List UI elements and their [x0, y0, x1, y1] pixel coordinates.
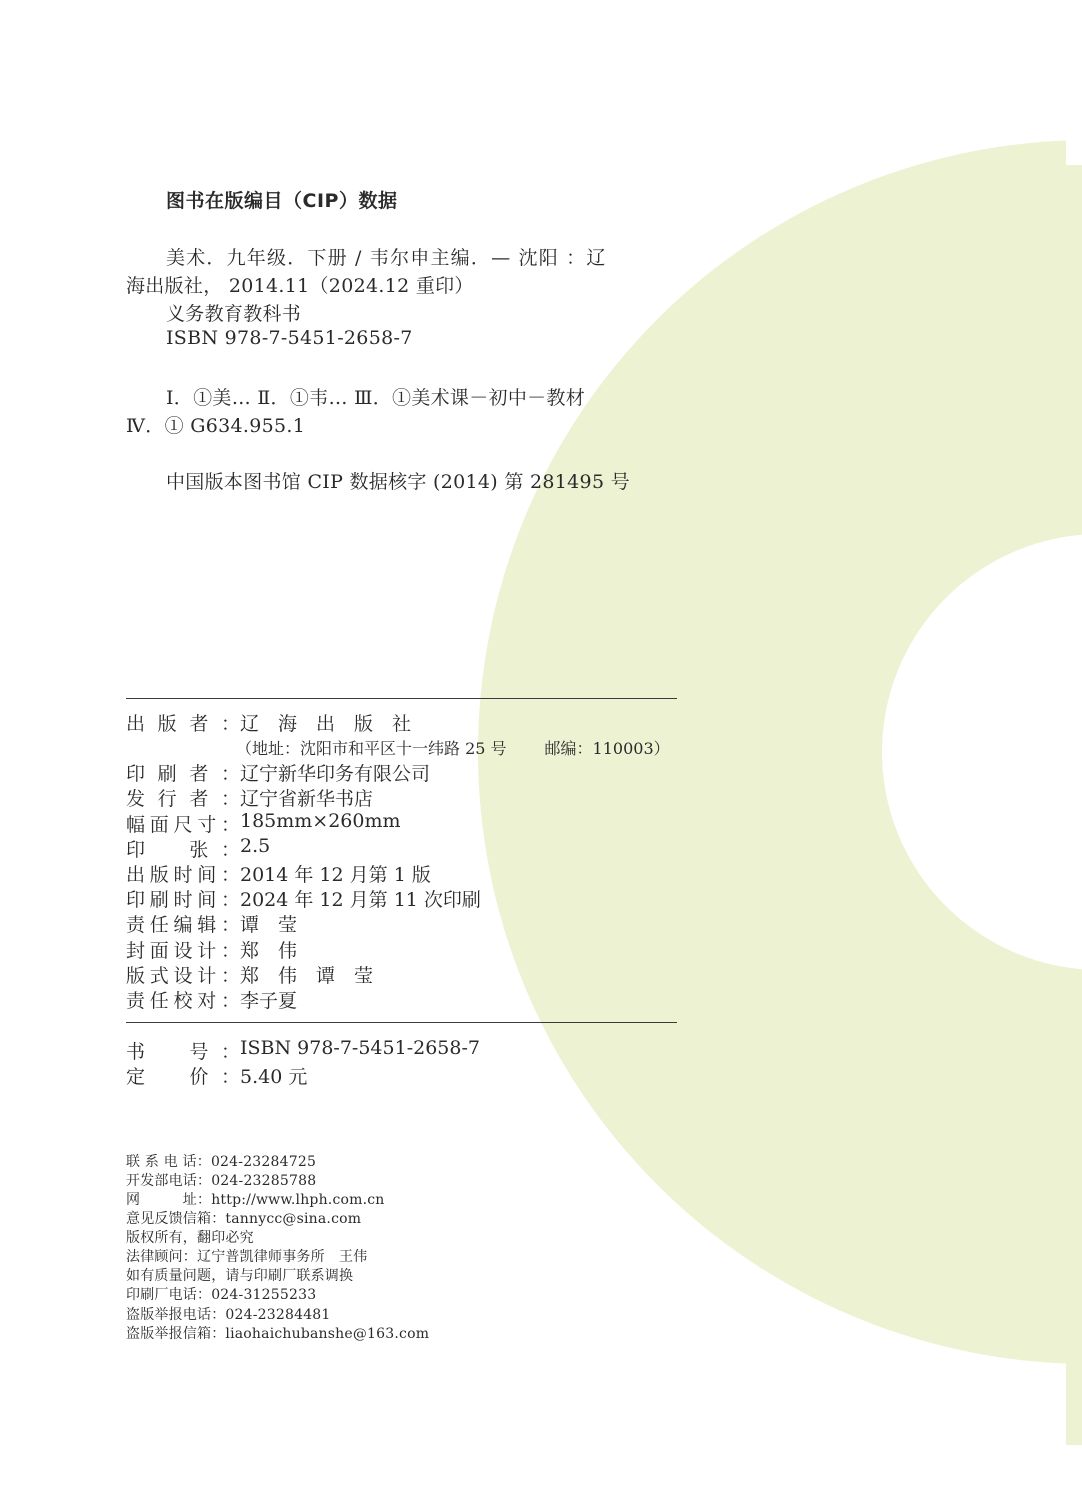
divider	[126, 698, 677, 699]
info-label: 幅面尺寸：	[126, 810, 240, 837]
info-row-print-date: 印刷时间： 2024 年 12 月第 11 次印刷	[126, 885, 481, 912]
info-label: 印刷者：	[126, 759, 240, 786]
cip-isbn: ISBN 978-7-5451-2658-7	[166, 327, 413, 349]
info-label: 版式设计：	[126, 961, 240, 988]
info-row-publisher: 出版者： 辽 海 出 版 社	[126, 709, 411, 736]
cip-line: 海出版社， 2014.11（2024.12 重印）	[126, 271, 474, 298]
info-label: 出版者：	[126, 709, 240, 736]
info-row-price: 定 价： 5.40 元	[126, 1062, 307, 1089]
info-label: 发行者：	[126, 784, 240, 811]
info-value: 2024 年 12 月第 11 次印刷	[240, 885, 481, 912]
legal-counsel: 法律顾问：辽宁普凯律师事务所 王伟	[126, 1246, 367, 1266]
info-row-cover-design: 封面设计： 郑 伟	[126, 936, 297, 963]
publisher-address: （地址：沈阳市和平区十一纬路 25 号邮编：110003）	[236, 736, 670, 759]
info-label: 印刷时间：	[126, 885, 240, 912]
copyright-page: 图书在版编目（CIP）数据 美术．九年级．下册 / 韦尔申主编．— 沈阳 ：辽 …	[0, 0, 1082, 1508]
info-value: ISBN 978-7-5451-2658-7	[240, 1037, 480, 1064]
info-label: 印 张：	[126, 835, 240, 862]
info-value: 郑 伟	[240, 936, 297, 963]
info-value: 郑 伟 谭 莹	[240, 961, 373, 988]
info-label: 责任编辑：	[126, 910, 240, 937]
info-row-sheets: 印 张： 2.5	[126, 835, 270, 862]
info-value: 谭 莹	[240, 910, 297, 937]
contact-phone: 联 系 电 话：024-23284725	[126, 1151, 316, 1171]
piracy-report-phone: 盗版举报电话：024-23284481	[126, 1304, 331, 1324]
info-value: 185mm×260mm	[240, 810, 401, 837]
info-row-layout-design: 版式设计： 郑 伟 谭 莹	[126, 961, 373, 988]
info-label: 书 号：	[126, 1037, 240, 1064]
address-text: （地址：沈阳市和平区十一纬路 25 号	[236, 739, 507, 758]
cip-line: 美术．九年级．下册 / 韦尔申主编．— 沈阳 ：辽	[166, 243, 607, 270]
cip-verification-number: 中国版本图书馆 CIP 数据核字 (2014) 第 281495 号	[166, 467, 630, 494]
cip-classification-number: Ⅳ．① G634.955.1	[126, 411, 305, 438]
cip-line: 义务教育教科书	[166, 299, 301, 326]
contact-feedback-email: 意见反馈信箱：tannycc@sina.com	[126, 1208, 361, 1228]
contact-dev-phone: 开发部电话：024-23285788	[126, 1170, 316, 1190]
info-value: 辽宁新华印务有限公司	[240, 759, 430, 786]
info-label: 责任校对：	[126, 986, 240, 1013]
info-row-distributor: 发行者： 辽宁省新华书店	[126, 784, 373, 811]
info-row-editor: 责任编辑： 谭 莹	[126, 910, 297, 937]
info-value: 李子夏	[240, 986, 297, 1013]
info-row-publish-date: 出版时间： 2014 年 12 月第 1 版	[126, 860, 431, 887]
info-label: 定 价：	[126, 1062, 240, 1089]
info-value: 2.5	[240, 835, 270, 862]
cip-title: 图书在版编目（CIP）数据	[166, 186, 397, 213]
divider	[126, 1022, 677, 1023]
cip-classification: Ⅰ．①美… Ⅱ．①韦… Ⅲ．①美术课－初中－教材	[166, 383, 585, 410]
info-row-printer: 印刷者： 辽宁新华印务有限公司	[126, 759, 430, 786]
info-row-format-size: 幅面尺寸： 185mm×260mm	[126, 810, 401, 837]
copyright-notice: 版权所有，翻印必究	[126, 1227, 254, 1247]
info-value: 辽 海 出 版 社	[240, 709, 411, 736]
info-value: 5.40 元	[240, 1062, 307, 1089]
quality-notice: 如有质量问题，请与印刷厂联系调换	[126, 1265, 353, 1285]
printer-phone: 印刷厂电话：024-31255233	[126, 1284, 316, 1304]
info-row-isbn: 书 号： ISBN 978-7-5451-2658-7	[126, 1037, 480, 1064]
info-label: 封面设计：	[126, 936, 240, 963]
contact-website: 网 址：http://www.lhph.com.cn	[126, 1189, 385, 1209]
postcode: 邮编：110003）	[545, 739, 670, 758]
info-value: 辽宁省新华书店	[240, 784, 373, 811]
piracy-report-email: 盗版举报信箱：liaohaichubanshe@163.com	[126, 1323, 429, 1343]
info-row-proofreader: 责任校对： 李子夏	[126, 986, 297, 1013]
info-value: 2014 年 12 月第 1 版	[240, 860, 431, 887]
info-label: 出版时间：	[126, 860, 240, 887]
